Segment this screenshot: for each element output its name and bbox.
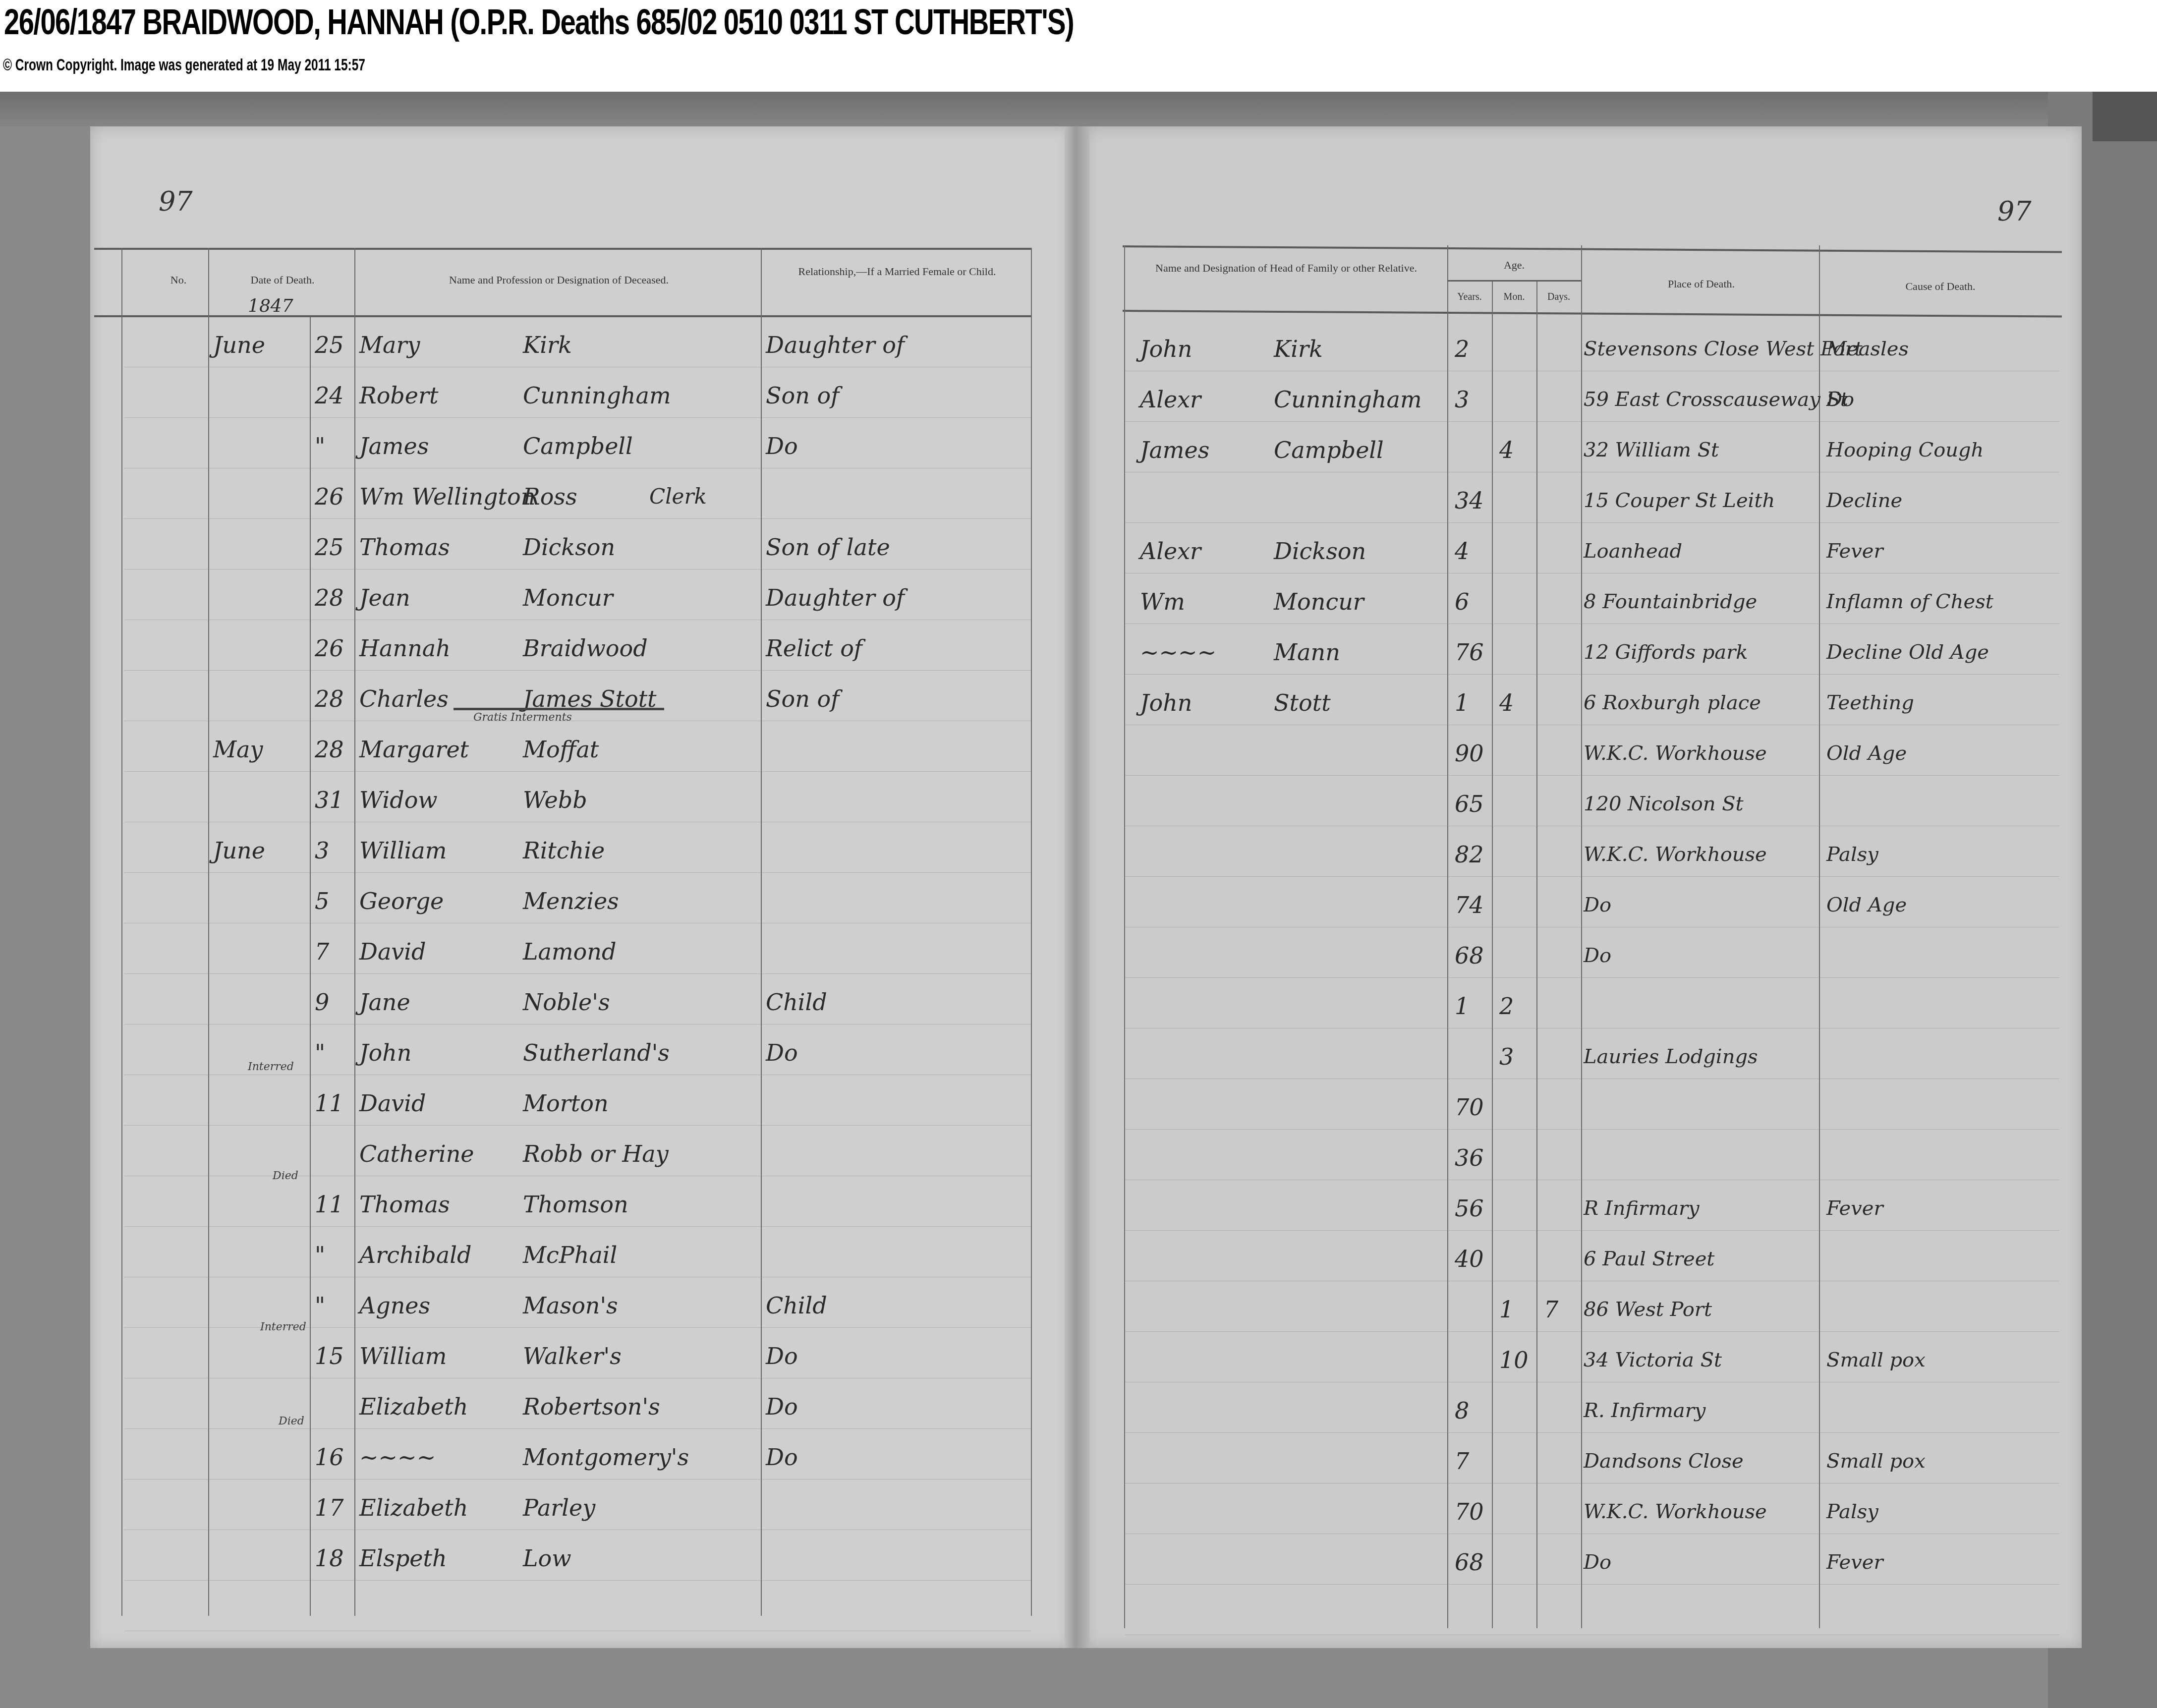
place-of-death: 59 East Crosscauseway St bbox=[1584, 386, 1848, 413]
deceased-surname: Moffat bbox=[523, 736, 599, 763]
col-divider-name bbox=[761, 248, 762, 1616]
col-divider-relationship bbox=[1031, 248, 1032, 1616]
col-header-days: Days. bbox=[1536, 290, 1581, 303]
deceased-forename: Jean bbox=[359, 584, 410, 612]
deceased-forename: Elspeth bbox=[359, 1544, 447, 1572]
left-header-top-rule bbox=[94, 248, 1031, 250]
ruled-line bbox=[1125, 826, 2059, 826]
age-years: 40 bbox=[1455, 1245, 1484, 1273]
interred-note-2: Interred bbox=[260, 1321, 306, 1333]
ruled-line bbox=[124, 721, 1031, 721]
ruled-line bbox=[124, 1075, 1031, 1075]
ruled-line bbox=[1125, 1331, 2059, 1332]
age-months: 3 bbox=[1499, 1043, 1514, 1071]
death-day: 11 bbox=[315, 1191, 344, 1218]
age-years: 74 bbox=[1455, 891, 1484, 919]
gratis-interments-note: Gratis Interments bbox=[473, 711, 572, 724]
deceased-forename: Agnes bbox=[359, 1292, 430, 1319]
relationship: Do bbox=[766, 1443, 798, 1471]
col-header-age: Age. bbox=[1447, 259, 1581, 272]
age-years: 65 bbox=[1455, 790, 1484, 818]
relationship: Son of late bbox=[766, 533, 890, 561]
col-header-place: Place of Death. bbox=[1584, 278, 1819, 290]
deceased-profession: Clerk bbox=[649, 483, 707, 511]
deceased-forename: Widow bbox=[359, 786, 438, 814]
deceased-surname: Robertson's bbox=[523, 1393, 660, 1421]
col-divider-place bbox=[1819, 245, 1820, 1628]
right-margin-line bbox=[1124, 245, 1125, 1628]
ruled-line bbox=[124, 822, 1031, 822]
ruled-line bbox=[124, 1378, 1031, 1378]
age-years: 90 bbox=[1455, 740, 1484, 767]
col-divider-days bbox=[1581, 245, 1582, 1628]
place-of-death: 12 Giffords park bbox=[1584, 638, 1748, 666]
age-years: 82 bbox=[1455, 841, 1484, 868]
ruled-line bbox=[124, 670, 1031, 671]
ruled-line bbox=[124, 367, 1031, 367]
deceased-forename: Thomas bbox=[359, 533, 450, 561]
age-months: 2 bbox=[1499, 992, 1514, 1020]
ruled-line bbox=[124, 1226, 1031, 1227]
deceased-forename: Robert bbox=[359, 382, 438, 409]
head-forename: Wm bbox=[1140, 588, 1185, 616]
age-months: 10 bbox=[1499, 1346, 1529, 1374]
relationship: Do bbox=[766, 1039, 798, 1067]
place-of-death: W.K.C. Workhouse bbox=[1584, 740, 1767, 767]
death-day: 11 bbox=[315, 1089, 344, 1117]
died-note-2: Died bbox=[279, 1415, 304, 1427]
age-years: 68 bbox=[1455, 942, 1484, 969]
place-of-death: Dandsons Close bbox=[1584, 1447, 1744, 1475]
cause-of-death: Teething bbox=[1826, 689, 1914, 717]
col-divider-years bbox=[1492, 280, 1493, 1628]
left-header-bottom-rule bbox=[94, 315, 1031, 317]
relationship: Do bbox=[766, 432, 798, 460]
cause-of-death: Palsy bbox=[1826, 841, 1878, 868]
relationship: Child bbox=[766, 1292, 827, 1319]
deceased-forename: Hannah bbox=[359, 634, 451, 662]
place-of-death: 6 Paul Street bbox=[1584, 1245, 1714, 1273]
age-years: 2 bbox=[1455, 335, 1469, 363]
book-spine bbox=[1065, 126, 1089, 1648]
age-years: 1 bbox=[1455, 689, 1469, 717]
deceased-surname: Cunningham bbox=[523, 382, 671, 409]
ruled-line bbox=[124, 1530, 1031, 1530]
ruled-line bbox=[124, 417, 1031, 418]
ruled-line bbox=[1125, 371, 2059, 371]
head-forename: Alexr bbox=[1140, 537, 1201, 565]
ruled-line bbox=[124, 620, 1031, 620]
place-of-death: 15 Couper St Leith bbox=[1584, 487, 1775, 514]
death-month: June bbox=[213, 837, 265, 864]
col-header-relationship: Relationship,—If a Married Female or Chi… bbox=[763, 265, 1031, 278]
ruled-line bbox=[1125, 1432, 2059, 1433]
deceased-surname: Mason's bbox=[523, 1292, 618, 1319]
place-of-death: 6 Roxburgh place bbox=[1584, 689, 1761, 717]
ruled-line bbox=[1125, 977, 2059, 978]
deceased-forename: ~~~~ bbox=[359, 1443, 436, 1471]
death-day: 17 bbox=[315, 1494, 344, 1522]
col-header-years: Years. bbox=[1447, 290, 1492, 303]
place-of-death: 34 Victoria St bbox=[1584, 1346, 1722, 1374]
ruled-line bbox=[1125, 1129, 2059, 1130]
place-of-death: 32 William St bbox=[1584, 436, 1719, 464]
death-day: 28 bbox=[315, 584, 344, 612]
age-subheader-rule bbox=[1447, 280, 1581, 282]
col-divider-mon bbox=[1536, 280, 1537, 1628]
deceased-surname: Ross bbox=[523, 483, 577, 511]
deceased-surname: Robb or Hay bbox=[523, 1140, 669, 1168]
deceased-forename: Margaret bbox=[359, 736, 469, 763]
cause-of-death: Old Age bbox=[1826, 740, 1907, 767]
ruled-line bbox=[1125, 421, 2059, 422]
age-months: 1 bbox=[1499, 1296, 1514, 1323]
place-of-death: Do bbox=[1584, 942, 1611, 969]
col-header-cause: Cause of Death. bbox=[1821, 280, 2059, 293]
ruled-line bbox=[1125, 1635, 2059, 1635]
ruled-line bbox=[1125, 1079, 2059, 1079]
head-surname: Kirk bbox=[1274, 335, 1323, 363]
deceased-surname: Walker's bbox=[523, 1342, 622, 1370]
death-day: 25 bbox=[315, 533, 344, 561]
deceased-forename: Wm Wellington bbox=[359, 483, 535, 511]
ruled-line bbox=[1125, 775, 2059, 776]
ruled-line bbox=[1125, 1382, 2059, 1382]
cause-of-death: Decline Old Age bbox=[1826, 638, 1989, 666]
age-years: 76 bbox=[1455, 638, 1484, 666]
age-months: 4 bbox=[1499, 689, 1514, 717]
ruled-line bbox=[1125, 725, 2059, 725]
ruled-line bbox=[1125, 1483, 2059, 1483]
ruled-line bbox=[1125, 927, 2059, 927]
scan-corner bbox=[2093, 92, 2157, 141]
deceased-forename: William bbox=[359, 1342, 447, 1370]
ruled-line bbox=[1125, 876, 2059, 877]
place-of-death: R Infirmary bbox=[1584, 1195, 1700, 1222]
death-day: 3 bbox=[315, 837, 329, 864]
deceased-surname: Thomson bbox=[523, 1191, 628, 1218]
deceased-forename: Archibald bbox=[359, 1241, 471, 1269]
ruled-line bbox=[124, 771, 1031, 772]
head-surname: Cunningham bbox=[1274, 386, 1422, 413]
death-day: 28 bbox=[315, 736, 344, 763]
deceased-forename: Charles bbox=[359, 685, 449, 713]
cause-of-death: Measles bbox=[1826, 335, 1909, 363]
ruled-line bbox=[1125, 624, 2059, 624]
relationship: Daughter of bbox=[766, 331, 905, 359]
deceased-surname: Lamond bbox=[523, 938, 616, 966]
deceased-forename: David bbox=[359, 1089, 426, 1117]
col-header-mon: Mon. bbox=[1492, 290, 1536, 303]
head-forename: John bbox=[1140, 689, 1192, 717]
deceased-surname: Moncur bbox=[523, 584, 613, 612]
ruled-line bbox=[1125, 1281, 2059, 1281]
ruled-line bbox=[1125, 1584, 2059, 1585]
death-day: 15 bbox=[315, 1342, 344, 1370]
death-day: " bbox=[315, 1241, 325, 1269]
place-of-death: Do bbox=[1584, 1548, 1611, 1576]
death-day: 24 bbox=[315, 382, 344, 409]
age-months: 4 bbox=[1499, 436, 1514, 464]
cause-of-death: Fever bbox=[1826, 1548, 1883, 1576]
cause-of-death: Inflamn of Chest bbox=[1826, 588, 1993, 616]
ruled-line bbox=[124, 1277, 1031, 1277]
cause-of-death: Fever bbox=[1826, 537, 1883, 565]
age-years: 4 bbox=[1455, 537, 1469, 565]
deceased-surname: Campbell bbox=[523, 432, 633, 460]
relationship: Do bbox=[766, 1342, 798, 1370]
death-day: 26 bbox=[315, 483, 344, 511]
death-day: " bbox=[315, 432, 325, 460]
death-day: 25 bbox=[315, 331, 344, 359]
ruled-line bbox=[124, 1479, 1031, 1480]
age-years: 68 bbox=[1455, 1548, 1484, 1576]
register-year: 1847 bbox=[248, 292, 293, 320]
relationship: Do bbox=[766, 1393, 798, 1421]
death-day: " bbox=[315, 1292, 325, 1319]
ruled-line bbox=[124, 1176, 1031, 1176]
death-day: 9 bbox=[315, 988, 329, 1016]
place-of-death: 86 West Port bbox=[1584, 1296, 1712, 1323]
place-of-death: 8 Fountainbridge bbox=[1584, 588, 1757, 616]
right-page-number: 97 bbox=[1997, 196, 2032, 227]
deceased-forename: Jane bbox=[359, 988, 410, 1016]
copyright-notice: © Crown Copyright. Image was generated a… bbox=[3, 56, 365, 75]
cause-of-death: Decline bbox=[1826, 487, 1902, 514]
col-divider-no bbox=[208, 248, 209, 1616]
cause-of-death: Do bbox=[1826, 386, 1854, 413]
deceased-forename: George bbox=[359, 887, 444, 915]
death-day: 5 bbox=[315, 887, 329, 915]
death-day: 16 bbox=[315, 1443, 344, 1471]
head-surname: Dickson bbox=[1274, 537, 1366, 565]
place-of-death: R. Infirmary bbox=[1584, 1397, 1705, 1424]
deceased-surname: Morton bbox=[523, 1089, 609, 1117]
ruled-line bbox=[124, 468, 1031, 468]
deceased-surname: Menzies bbox=[523, 887, 619, 915]
relationship: Son of bbox=[766, 382, 839, 409]
head-forename: John bbox=[1140, 335, 1192, 363]
col-header-head-of-family: Name and Designation of Head of Family o… bbox=[1128, 262, 1445, 275]
deceased-forename: William bbox=[359, 837, 447, 864]
deceased-surname: Ritchie bbox=[523, 837, 605, 864]
deceased-surname: Dickson bbox=[523, 533, 615, 561]
death-day: 26 bbox=[315, 634, 344, 662]
place-of-death: Do bbox=[1584, 891, 1611, 919]
relationship: Son of bbox=[766, 685, 839, 713]
death-month: June bbox=[213, 331, 265, 359]
ruled-line bbox=[124, 518, 1031, 519]
ruled-line bbox=[124, 1631, 1031, 1631]
head-forename: ~~~~ bbox=[1140, 638, 1216, 666]
col-header-date: Date of Death. bbox=[211, 274, 354, 286]
place-of-death: W.K.C. Workhouse bbox=[1584, 1498, 1767, 1526]
head-surname: Stott bbox=[1274, 689, 1331, 717]
deceased-surname: Webb bbox=[523, 786, 587, 814]
deceased-surname: Braidwood bbox=[523, 634, 648, 662]
ruled-line bbox=[1125, 674, 2059, 675]
age-years: 6 bbox=[1455, 588, 1469, 616]
col-header-no: No. bbox=[149, 274, 208, 286]
deceased-forename: Thomas bbox=[359, 1191, 450, 1218]
place-of-death: 120 Nicolson St bbox=[1584, 790, 1744, 818]
ruled-line bbox=[1125, 1230, 2059, 1231]
cause-of-death: Small pox bbox=[1826, 1447, 1926, 1475]
deceased-forename: Elizabeth bbox=[359, 1494, 468, 1522]
age-years: 56 bbox=[1455, 1195, 1484, 1222]
death-day: 28 bbox=[315, 685, 344, 713]
ruled-line bbox=[124, 1428, 1031, 1429]
age-years: 1 bbox=[1455, 992, 1469, 1020]
place-of-death: Stevensons Close West Port bbox=[1584, 335, 1863, 363]
cause-of-death: Palsy bbox=[1826, 1498, 1878, 1526]
deceased-forename: James bbox=[359, 432, 429, 460]
deceased-forename: Elizabeth bbox=[359, 1393, 468, 1421]
deceased-forename: Catherine bbox=[359, 1140, 474, 1168]
death-month: May bbox=[213, 736, 263, 763]
place-of-death: Lauries Lodgings bbox=[1584, 1043, 1758, 1071]
death-day: " bbox=[315, 1039, 325, 1067]
ruled-line bbox=[1125, 1180, 2059, 1180]
relationship: Relict of bbox=[766, 634, 862, 662]
record-title: 26/06/1847 BRAIDWOOD, HANNAH (O.P.R. Dea… bbox=[4, 2, 1074, 43]
deceased-forename: John bbox=[359, 1039, 411, 1067]
deceased-surname: Montgomery's bbox=[523, 1443, 689, 1471]
cause-of-death: Small pox bbox=[1826, 1346, 1926, 1374]
col-divider-head bbox=[1447, 245, 1448, 1628]
deceased-forename: Mary bbox=[359, 331, 420, 359]
col-header-name: Name and Profession or Designation of De… bbox=[357, 274, 761, 286]
deceased-forename: David bbox=[359, 938, 426, 966]
age-years: 70 bbox=[1455, 1498, 1484, 1526]
age-years: 70 bbox=[1455, 1093, 1484, 1121]
deceased-surname: Parley bbox=[523, 1494, 595, 1522]
ruled-line bbox=[124, 973, 1031, 974]
death-day: 31 bbox=[315, 786, 344, 814]
deceased-surname: Sutherland's bbox=[523, 1039, 670, 1067]
ruled-line bbox=[1125, 573, 2059, 573]
head-surname: Campbell bbox=[1274, 436, 1384, 464]
left-page-number: 97 bbox=[159, 186, 193, 217]
age-days: 7 bbox=[1544, 1296, 1558, 1323]
ruled-line bbox=[1125, 522, 2059, 523]
cause-of-death: Old Age bbox=[1826, 891, 1907, 919]
ruled-line bbox=[124, 872, 1031, 873]
age-years: 36 bbox=[1455, 1144, 1484, 1172]
deceased-surname: Low bbox=[523, 1544, 571, 1572]
ruled-line bbox=[124, 1580, 1031, 1581]
col-divider-day bbox=[310, 317, 311, 1616]
ruled-line bbox=[124, 569, 1031, 569]
entry-underline bbox=[454, 708, 664, 710]
deceased-surname: McPhail bbox=[523, 1241, 617, 1269]
deceased-surname: Noble's bbox=[523, 988, 610, 1016]
place-of-death: Loanhead bbox=[1584, 537, 1682, 565]
head-forename: James bbox=[1140, 436, 1209, 464]
ruled-line bbox=[1125, 472, 2059, 472]
ruled-line bbox=[124, 1125, 1031, 1126]
relationship: Child bbox=[766, 988, 827, 1016]
ruled-line bbox=[1125, 1028, 2059, 1028]
relationship: Daughter of bbox=[766, 584, 905, 612]
head-forename: Alexr bbox=[1140, 386, 1201, 413]
age-years: 7 bbox=[1455, 1447, 1469, 1475]
place-of-death: W.K.C. Workhouse bbox=[1584, 841, 1767, 868]
left-margin-line bbox=[121, 248, 122, 1616]
ruled-line bbox=[1125, 1534, 2059, 1534]
died-note: Died bbox=[273, 1170, 298, 1182]
death-day: 7 bbox=[315, 938, 329, 966]
age-years: 8 bbox=[1455, 1397, 1469, 1424]
head-surname: Mann bbox=[1274, 638, 1340, 666]
col-divider-date bbox=[354, 248, 355, 1616]
cause-of-death: Fever bbox=[1826, 1195, 1883, 1222]
ruled-line bbox=[124, 1024, 1031, 1025]
cause-of-death: Hooping Cough bbox=[1826, 436, 1984, 464]
age-years: 3 bbox=[1455, 386, 1469, 413]
age-years: 34 bbox=[1455, 487, 1484, 514]
interred-note: Interred bbox=[248, 1061, 294, 1073]
scan-top-edge bbox=[0, 92, 2157, 126]
head-surname: Moncur bbox=[1274, 588, 1364, 616]
deceased-surname: Kirk bbox=[523, 331, 572, 359]
death-day: 18 bbox=[315, 1544, 344, 1572]
ruled-line bbox=[124, 923, 1031, 923]
